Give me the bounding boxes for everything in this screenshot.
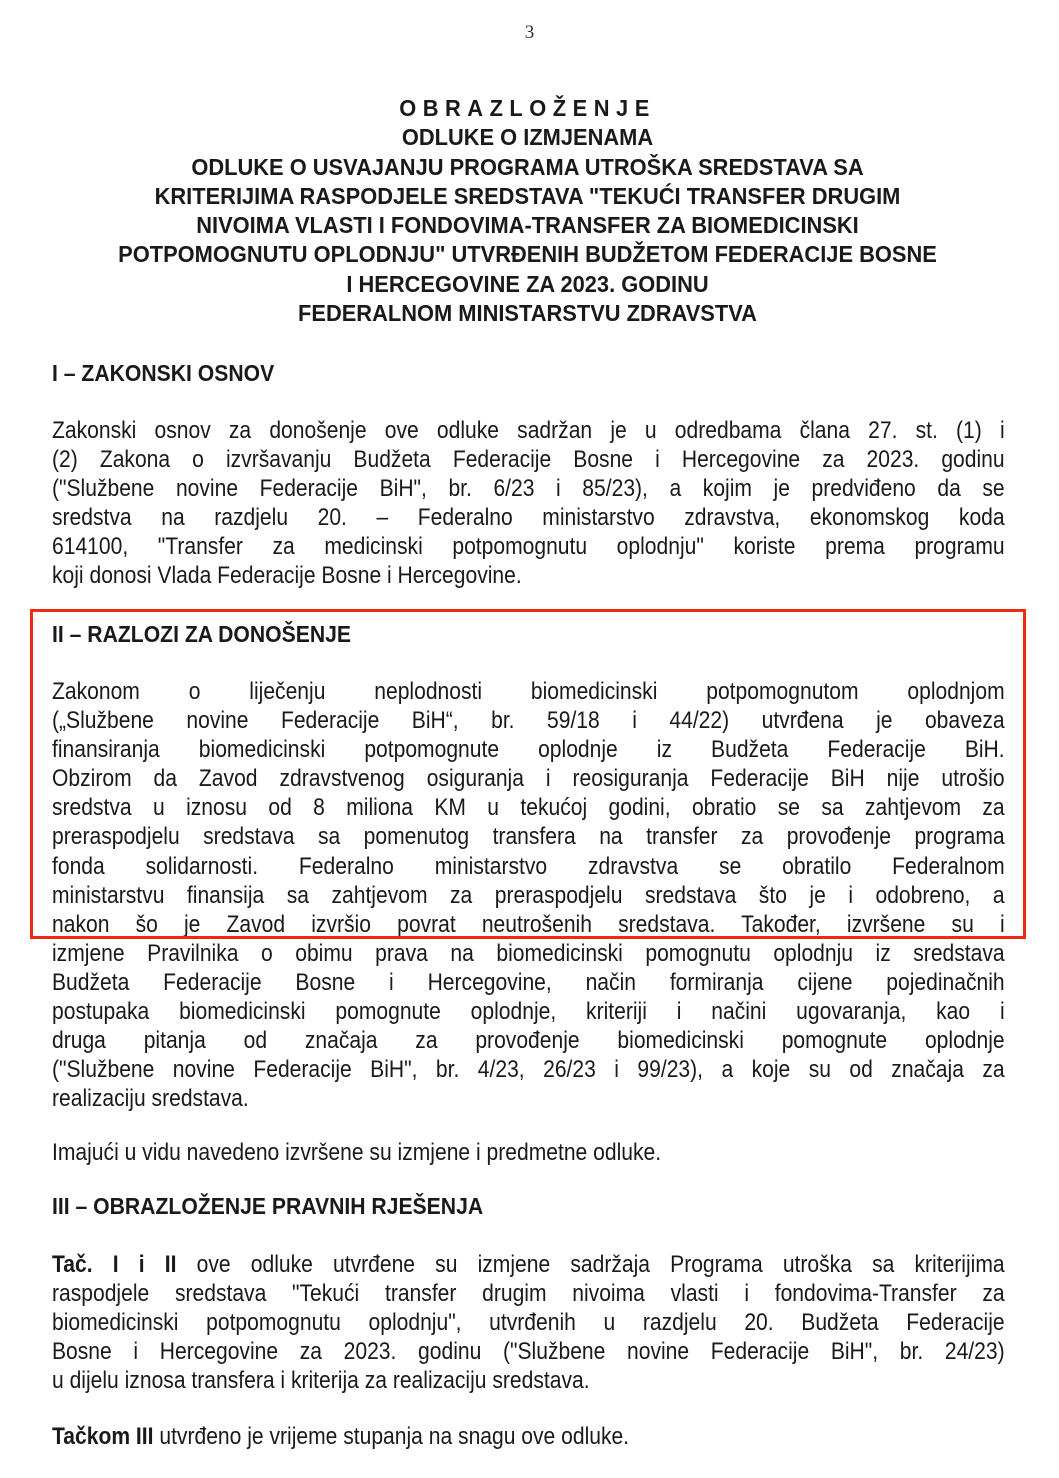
text-line: („Službene novine Federacije BiH“, br. 5… [52,706,1005,735]
title-line: KRITERIJIMA RASPODJELE SREDSTAVA "TEKUĆI… [65,182,990,211]
text-line: druga pitanja od značaja za provođenje b… [52,1026,1005,1055]
title-line: NIVOIMA VLASTI I FONDOVIMA-TRANSFER ZA B… [65,211,990,240]
paragraph-point-iii: Tačkom III utvrđeno je vrijeme stupanja … [52,1422,1005,1451]
text-line: Bosne i Hercegovine za 2023. godinu ("Sl… [52,1337,1005,1366]
text-line: sredstva na razdjelu 20. – Federalno min… [52,503,1005,532]
text-segment: ove odluke utvrđene su izmjene sadržaja … [176,1251,1004,1278]
text-line: raspodjele sredstava "Tekući transfer dr… [52,1279,1005,1308]
text-line: Tačkom III utvrđeno je vrijeme stupanja … [52,1422,1005,1451]
bold-lead: Tač. I i II [52,1251,176,1278]
text-line: sredstva u iznosu od 8 miliona KM u teku… [52,793,1005,822]
paragraph-legal-basis: Zakonski osnov za donošenje ove odluke s… [52,416,1005,591]
text-line: u dijelu iznosa transfera i kriterija za… [52,1366,1005,1395]
text-line: nakon šo je Zavod izvršio povrat neutroš… [52,910,1005,939]
title-line: POTPOMOGNUTU OPLODNJU" UTVRĐENIH BUDŽETO… [65,240,990,269]
page-number: 3 [0,22,1059,44]
text-line: koji donosi Vlada Federacije Bosne i Her… [52,561,1005,590]
title-line: I HERCEGOVINE ZA 2023. GODINU [65,270,990,299]
text-line: 614100, "Transfer za medicinski potpomog… [52,532,1005,561]
text-segment: utvrđeno je vrijeme stupanja na snagu ov… [153,1423,629,1450]
text-line: (2) Zakona o izvršavanju Budžeta Federac… [52,445,1005,474]
text-line: finansiranja biomedicinski potpomognute … [52,735,1005,764]
text-line: realizaciju sredstava. [52,1084,1005,1113]
text-line: Tač. I i II ove odluke utvrđene su izmje… [52,1250,1005,1279]
section-heading-pravna-rjesenja: III – OBRAZLOŽENJE PRAVNIH RJEŠENJA [52,1193,483,1220]
document-title: OBRAZLOŽENJE ODLUKE O IZMJENAMA ODLUKE O… [65,94,990,328]
text-line: Imajući u vidu navedeno izvršene su izmj… [52,1138,1005,1167]
section-heading-razlozi: II – RAZLOZI ZA DONOŠENJE [52,621,351,648]
title-line: FEDERALNOM MINISTARSTVU ZDRAVSTVA [65,299,990,328]
text-line: Zakonom o liječenju neplodnosti biomedic… [52,677,1005,706]
text-line: preraspodjelu sredstava sa pomenutog tra… [52,822,1005,851]
paragraph-summary: Imajući u vidu navedeno izvršene su izmj… [52,1138,1005,1167]
bold-lead: Tačkom III [52,1423,153,1450]
text-line: Obzirom da Zavod zdravstvenog osiguranja… [52,764,1005,793]
title-main: OBRAZLOŽENJE [65,94,990,123]
text-line: fonda solidarnosti. Federalno ministarst… [52,852,1005,881]
text-line: biomedicinski potpomognutu oplodnju", ut… [52,1308,1005,1337]
paragraph-points-i-ii: Tač. I i II ove odluke utvrđene su izmje… [52,1250,1005,1395]
text-line: Budžeta Federacije Bosne i Hercegovine, … [52,968,1005,997]
text-line: Zakonski osnov za donošenje ove odluke s… [52,416,1005,445]
text-line: ministarstvu finansija sa zahtjevom za p… [52,881,1005,910]
text-line: izmjene Pravilnika o obimu prava na biom… [52,939,1005,968]
text-line: postupaka biomedicinski pomognute oplodn… [52,997,1005,1026]
text-line: ("Službene novine Federacije BiH", br. 4… [52,1055,1005,1084]
title-line: ODLUKE O IZMJENAMA [65,123,990,152]
section-heading-zakonski-osnov: I – ZAKONSKI OSNOV [52,360,274,387]
text-line: ("Službene novine Federacije BiH", br. 6… [52,474,1005,503]
title-line: ODLUKE O USVAJANJU PROGRAMA UTROŠKA SRED… [65,153,990,182]
paragraph-reasons: Zakonom o liječenju neplodnosti biomedic… [52,677,1005,1113]
